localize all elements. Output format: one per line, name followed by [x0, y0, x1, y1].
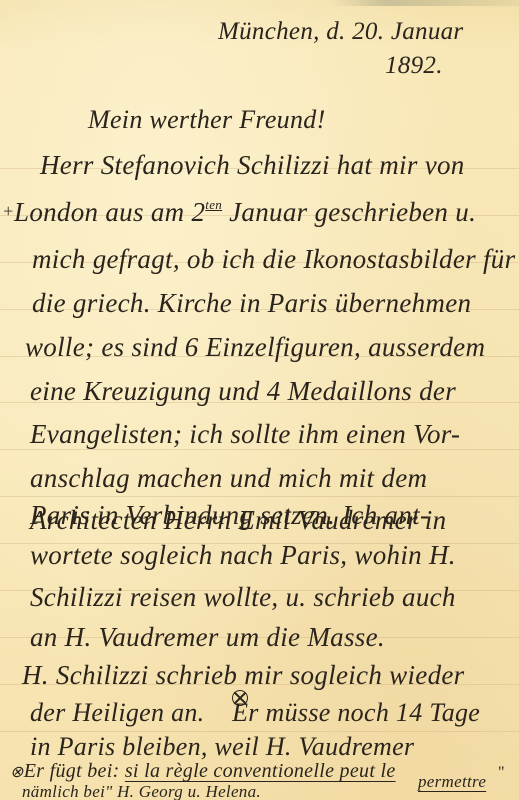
ruling-line — [0, 496, 519, 497]
letter-line-3: mich gefragt, ob ich die Ikonostasbilder… — [32, 244, 515, 275]
letter-line-16: in Paris bleiben, weil H. Vaudremer — [30, 732, 414, 762]
letter-line-2: London aus am 2ten Januar geschrieben u. — [14, 197, 476, 228]
footnote-line-2: nämlich bei" H. Georg u. Helena. — [22, 782, 261, 800]
margin-mark: + — [2, 201, 14, 222]
letter-line-1: Herr Stefanovich Schilizzi hat mir von — [40, 150, 465, 181]
letter-line-12: Schilizzi reisen wollte, u. schrieb auch — [30, 582, 456, 613]
footnote-prefix: Er fügt bei: — [24, 760, 120, 782]
letter-line-5: wolle; es sind 6 Einzelfiguren, ausserde… — [25, 332, 485, 363]
letter-line-13: an H. Vaudremer um die Masse. — [30, 622, 385, 653]
footnote-french-quote: si la règle conventionelle peut le — [125, 760, 396, 782]
ditto-mark: " — [498, 764, 505, 782]
footnote-line-1: ⊗Er fügt bei: si la règle conventionelle… — [10, 760, 396, 783]
letter-year: 1892. — [385, 52, 443, 80]
letter-line-4: die griech. Kirche in Paris übernehmen — [32, 288, 471, 319]
letter-line-11: wortete sogleich nach Paris, wohin H. — [30, 540, 456, 571]
footnote-reference-mark-icon — [232, 690, 248, 706]
footnote-insertion: permettre — [418, 772, 486, 792]
superscript-ten: ten — [205, 197, 222, 212]
letter-line-15b: Er müsse noch 14 Tage — [232, 698, 480, 727]
letter-line-8: anschlag machen und mich mit dem — [30, 463, 427, 494]
letter-line-7: Evangelisten; ich sollte ihm einen Vor- — [30, 419, 460, 450]
letter-line-15a: der Heiligen an. — [30, 698, 205, 727]
letter-line-2a: London aus am 2 — [14, 197, 205, 227]
letter-line-2b: Januar geschrieben u. — [229, 197, 476, 227]
letter-line-14: H. Schilizzi schrieb mir sogleich wieder — [22, 660, 464, 691]
letter-line-10: Paris in Verbindung setzen. Ich ant- — [30, 500, 429, 531]
footnote-symbol: ⊗ — [10, 764, 24, 781]
scan-edge-shadow — [330, 0, 519, 6]
place-date: München, d. 20. Januar — [218, 18, 463, 46]
letter-line-15: der Heiligen an. Er müsse noch 14 Tage — [30, 698, 480, 728]
letter-line-6: eine Kreuzigung und 4 Medaillons der — [30, 376, 456, 407]
greeting: Mein werther Freund! — [88, 105, 326, 135]
